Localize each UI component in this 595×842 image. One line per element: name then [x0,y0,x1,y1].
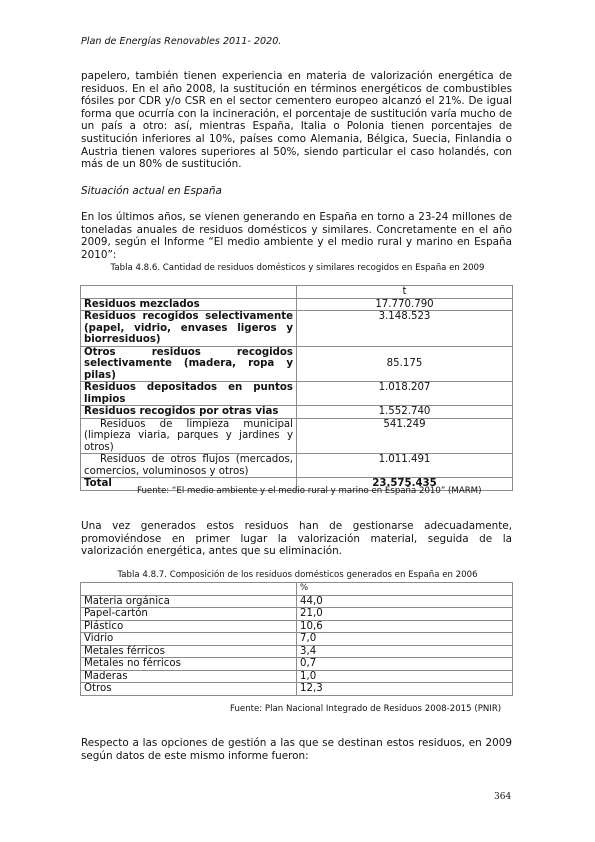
document-page: Plan de Energías Renovables 2011- 2020. … [0,0,595,842]
table2-source: Fuente: Plan Nacional Integrado de Resid… [230,704,501,714]
row-label: Residuos de otros flujos (mercados, come… [81,454,297,478]
row-value: 3,4 [297,645,513,658]
table-row: Residuos de limpieza municipal (limpieza… [81,418,513,454]
table-row: Otros 12,3 [81,683,513,696]
table-row: Metales no férricos 0,7 [81,658,513,671]
row-label: Vidrio [81,633,297,646]
row-label: Metales no férricos [81,658,297,671]
table-row: Plástico 10,6 [81,620,513,633]
paragraph-waste-management: Una vez generados estos residuos han de … [81,520,512,558]
row-value: 1,0 [297,670,513,683]
table-row: Residuos mezclados 17.770.790 [81,298,513,311]
row-value: 12,3 [297,683,513,696]
row-value: 0,7 [297,658,513,671]
row-label: Residuos de limpieza municipal (limpieza… [81,418,297,454]
row-label: Plástico [81,620,297,633]
table-row: Residuos depositados en puntos limpios 1… [81,382,513,406]
row-label: Otros [81,683,297,696]
row-value: 85.175 [297,346,513,382]
table2-caption: Tabla 4.8.7. Composición de los residuos… [0,570,595,580]
row-label: Otros residuos recogidos selectivamente … [81,346,297,382]
table-row: Materia orgánica 44,0 [81,595,513,608]
row-label: Residuos mezclados [81,298,297,311]
table-header-row: t [81,286,513,299]
section-subheading: Situación actual en España [81,185,222,197]
table-row: Residuos recogidos selectivamente (papel… [81,311,513,347]
table-row: Otros residuos recogidos selectivamente … [81,346,513,382]
table-row: Vidrio 7,0 [81,633,513,646]
table-header-unit: % [297,583,513,596]
table-row: Residuos de otros flujos (mercados, come… [81,454,513,478]
table-waste-collected-2009: t Residuos mezclados 17.770.790 Residuos… [80,285,513,491]
paragraph-cement-substitution: papelero, también tienen experiencia en … [81,70,512,171]
row-label: Residuos recogidos por otras vias [81,406,297,419]
table-row: Maderas 1,0 [81,670,513,683]
table-waste-composition-2006: % Materia orgánica 44,0 Papel-cartón 21,… [80,582,513,696]
paragraph-waste-generation: En los últimos años, se vienen generando… [81,211,512,261]
row-label: Papel-cartón [81,608,297,621]
table-header-unit: t [297,286,513,299]
table-header-row: % [81,583,513,596]
row-value: 44,0 [297,595,513,608]
row-value: 21,0 [297,608,513,621]
row-value: 1.552.740 [297,406,513,419]
table-row: Residuos recogidos por otras vias 1.552.… [81,406,513,419]
row-value: 1.018.207 [297,382,513,406]
row-label: Materia orgánica [81,595,297,608]
row-value: 3.148.523 [297,311,513,347]
row-value: 541.249 [297,418,513,454]
table1-caption: Tabla 4.8.6. Cantidad de residuos domést… [0,263,595,273]
table1-source: Fuente: “El medio ambiente y el medio ru… [137,486,481,496]
row-label: Residuos recogidos selectivamente (papel… [81,311,297,347]
row-value: 1.011.491 [297,454,513,478]
row-value: 7,0 [297,633,513,646]
row-label: Metales férricos [81,645,297,658]
row-value: 10,6 [297,620,513,633]
row-label: Residuos depositados en puntos limpios [81,382,297,406]
paragraph-management-options: Respecto a las opciones de gestión a las… [81,737,512,762]
page-number: 364 [494,792,511,802]
table-header-empty [81,286,297,299]
row-value: 17.770.790 [297,298,513,311]
row-label: Maderas [81,670,297,683]
table-header-empty [81,583,297,596]
running-header: Plan de Energías Renovables 2011- 2020. [81,36,281,47]
table-row: Metales férricos 3,4 [81,645,513,658]
table-row: Papel-cartón 21,0 [81,608,513,621]
